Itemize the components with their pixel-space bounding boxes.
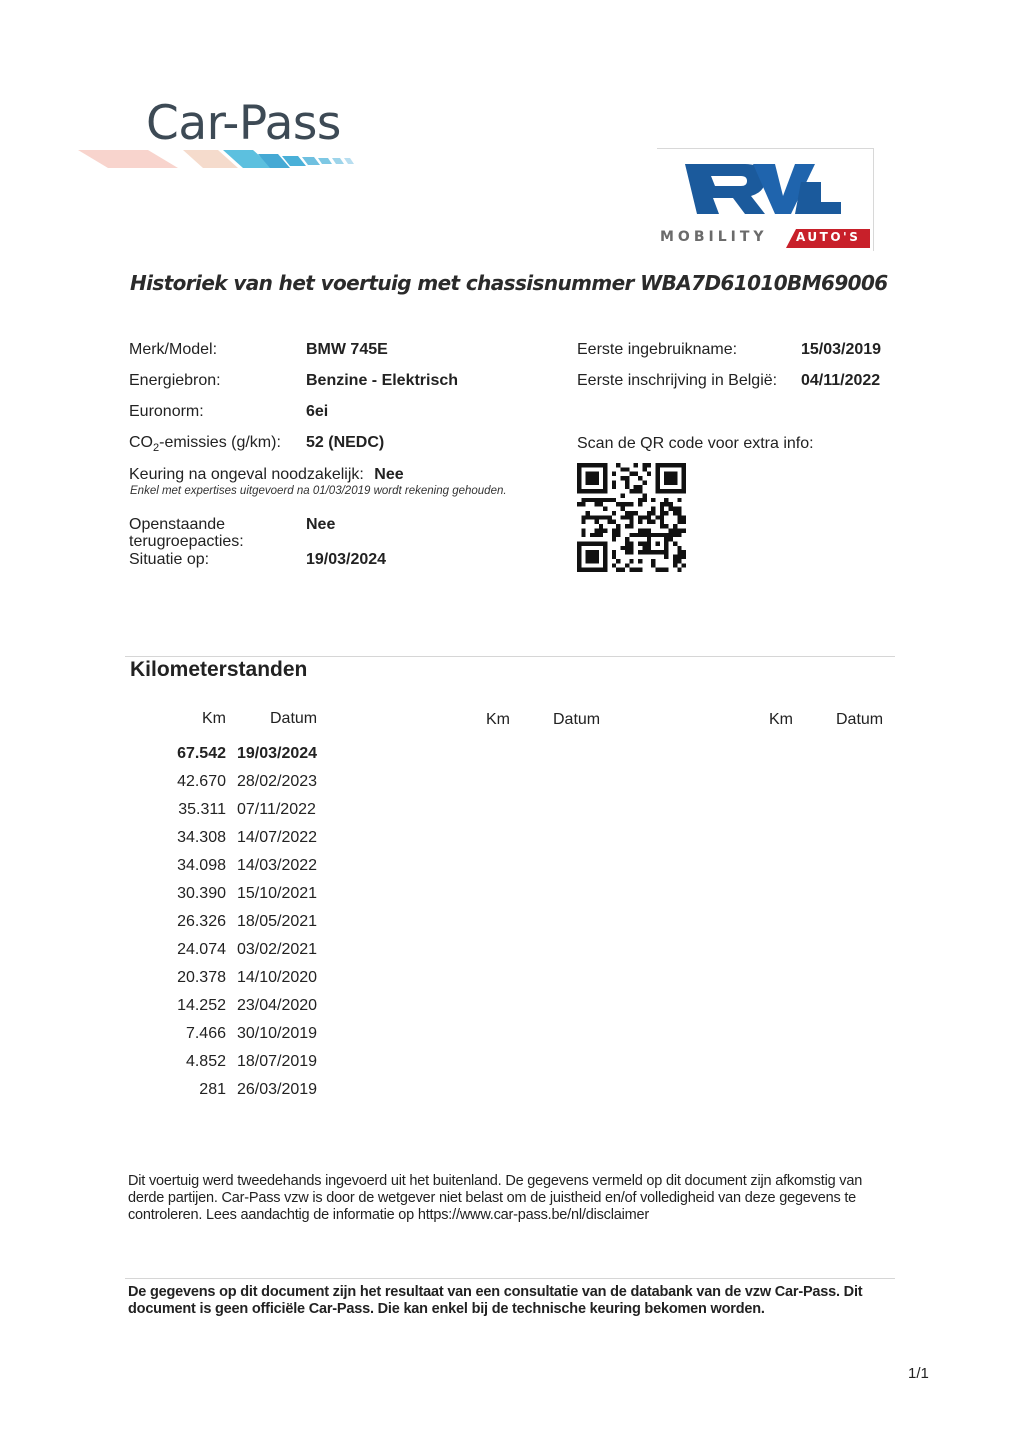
col3-km-header: Km: [769, 711, 793, 729]
car-pass-logo-stripes-icon: [78, 148, 358, 170]
table-row: 34.09814/03/2022: [160, 852, 327, 880]
euronorm-value: 6ei: [306, 403, 328, 421]
table-row: 30.39015/10/2021: [160, 880, 327, 908]
accident-inspection-value: Nee: [374, 466, 403, 483]
mileage-date: 14/03/2022: [226, 857, 327, 875]
mileage-km: 42.670: [160, 773, 226, 791]
energy-source-value: Benzine - Elektrisch: [306, 372, 458, 390]
mileage-km: 34.308: [160, 829, 226, 847]
qr-code-icon[interactable]: [577, 463, 686, 572]
make-model-value: BMW 745E: [306, 341, 388, 359]
first-use-label: Eerste ingebruikname:: [577, 341, 737, 359]
situation-value: 19/03/2024: [306, 551, 386, 569]
mileage-date: 18/05/2021: [226, 913, 327, 931]
mileage-km: 20.378: [160, 969, 226, 987]
situation-label: Situatie op:: [129, 551, 209, 569]
dealer-logo-autos: AUTO'S: [796, 230, 860, 244]
car-pass-logo: Car-Pass: [146, 96, 341, 151]
table-row: 28126/03/2019: [160, 1076, 327, 1104]
mileage-date: 07/11/2022: [226, 801, 327, 819]
mileage-table: 67.54219/03/202442.67028/02/202335.31107…: [160, 740, 327, 1104]
first-registration-value: 04/11/2022: [801, 372, 880, 390]
mileage-date: 03/02/2021: [226, 941, 327, 959]
col2-km-header: Km: [486, 711, 510, 729]
table-row: 67.54219/03/2024: [160, 740, 327, 768]
mileage-date: 18/07/2019: [226, 1053, 327, 1071]
table-row: 26.32618/05/2021: [160, 908, 327, 936]
co2-value: 52 (NEDC): [306, 434, 384, 452]
document-title: Historiek van het voertuig met chassisnu…: [130, 271, 888, 295]
col1-km-header: Km: [202, 710, 226, 728]
qr-label: Scan de QR code voor extra info:: [577, 435, 814, 453]
col3-date-header: Datum: [836, 711, 883, 729]
mileage-date: 15/10/2021: [226, 885, 327, 903]
recalls-value: Nee: [306, 516, 335, 534]
mileage-km: 7.466: [160, 1025, 226, 1043]
table-row: 24.07403/02/2021: [160, 936, 327, 964]
footer-divider: [125, 1278, 895, 1279]
mileage-km: 34.098: [160, 857, 226, 875]
col2-date-header: Datum: [553, 711, 600, 729]
table-row: 14.25223/04/2020: [160, 992, 327, 1020]
table-row: 34.30814/07/2022: [160, 824, 327, 852]
mileage-km: 4.852: [160, 1053, 226, 1071]
mileage-date: 26/03/2019: [226, 1081, 327, 1099]
euronorm-label: Euronorm:: [129, 403, 204, 421]
recalls-label: Openstaande terugroepacties:: [129, 516, 244, 550]
accident-inspection-label: Keuring na ongeval noodzakelijk:: [129, 466, 364, 483]
mileage-km: 14.252: [160, 997, 226, 1015]
mileage-date: 14/10/2020: [226, 969, 327, 987]
col1-date-header: Datum: [270, 710, 317, 728]
make-model-label: Merk/Model:: [129, 341, 217, 359]
section-divider: [125, 656, 895, 657]
mileage-date: 30/10/2019: [226, 1025, 327, 1043]
mileage-km: 26.326: [160, 913, 226, 931]
first-registration-label: Eerste inschrijving in België:: [577, 372, 777, 390]
co2-label: CO2-emissies (g/km):: [129, 434, 281, 454]
official-notice: De gegevens op dit document zijn het res…: [128, 1284, 908, 1318]
dealer-logo-mobility: MOBILITY: [660, 229, 768, 245]
mileage-date: 14/07/2022: [226, 829, 327, 847]
mileage-km: 35.311: [160, 801, 226, 819]
first-use-value: 15/03/2019: [801, 341, 881, 359]
co2-label-prefix: CO: [129, 434, 153, 451]
recalls-label-line2: terugroepacties:: [129, 533, 244, 550]
table-row: 42.67028/02/2023: [160, 768, 327, 796]
mileage-date: 28/02/2023: [226, 773, 327, 791]
accident-inspection-note: Enkel met expertises uitgevoerd na 01/03…: [130, 485, 507, 497]
mileage-date: 23/04/2020: [226, 997, 327, 1015]
page-number: 1/1: [908, 1365, 929, 1382]
mileage-date: 19/03/2024: [226, 745, 327, 763]
recalls-label-line1: Openstaande: [129, 516, 244, 533]
accident-inspection-row: Keuring na ongeval noodzakelijk: Nee: [129, 466, 404, 484]
mileage-km: 30.390: [160, 885, 226, 903]
table-row: 4.85218/07/2019: [160, 1048, 327, 1076]
co2-label-suffix: -emissies (g/km):: [159, 434, 281, 451]
table-row: 20.37814/10/2020: [160, 964, 327, 992]
mileage-km: 67.542: [160, 745, 226, 763]
energy-source-label: Energiebron:: [129, 372, 221, 390]
mileage-section-title: Kilometerstanden: [130, 658, 307, 682]
table-row: 7.46630/10/2019: [160, 1020, 327, 1048]
dealer-logo-rvl-icon: [683, 162, 843, 218]
mileage-km: 24.074: [160, 941, 226, 959]
mileage-km: 281: [160, 1081, 226, 1099]
table-row: 35.31107/11/2022: [160, 796, 327, 824]
disclaimer-text: Dit voertuig werd tweedehands ingevoerd …: [128, 1173, 888, 1224]
